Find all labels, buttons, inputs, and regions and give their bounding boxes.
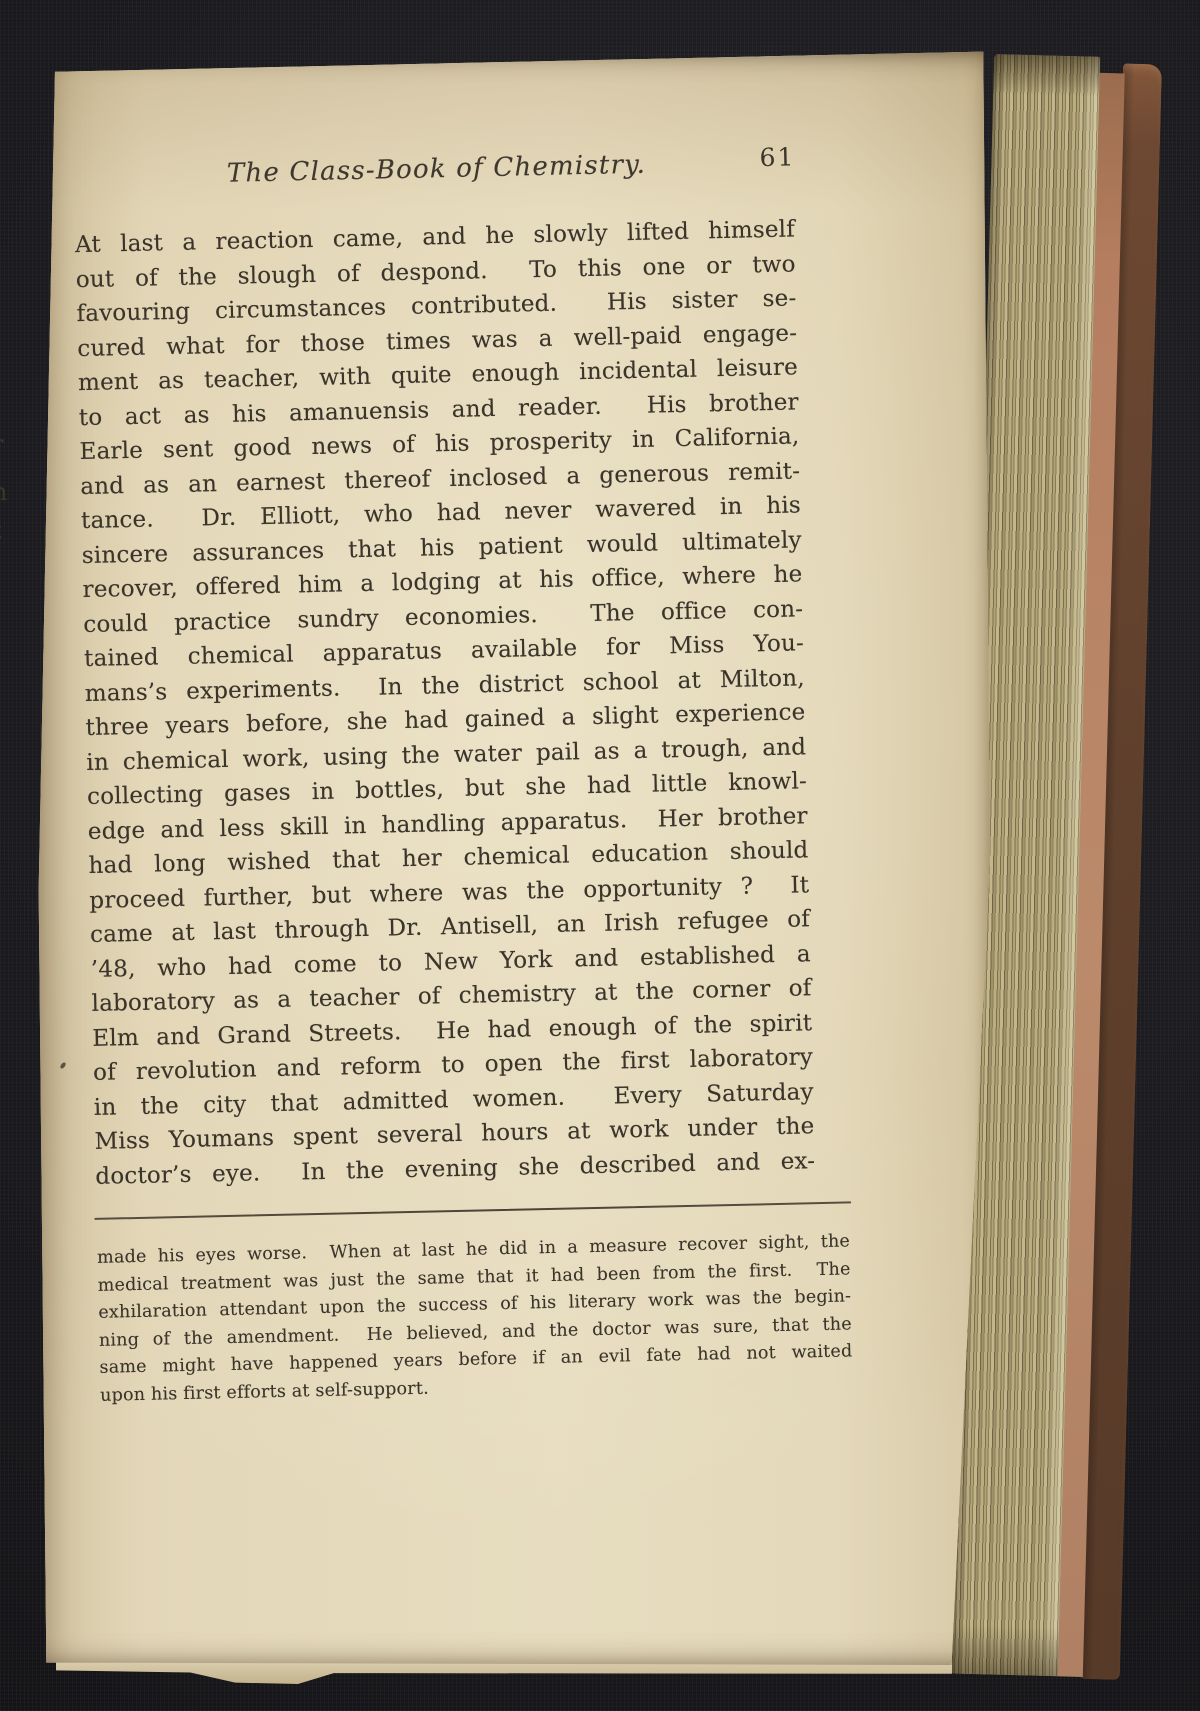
- body-text: At last a reaction came, and he slowly l…: [75, 212, 816, 1193]
- book-photo: rnt- The Class-Book of Chemistry. 61 At …: [0, 0, 1200, 1711]
- footnote-text: made his eyes worse. When at last he did…: [97, 1228, 853, 1410]
- margin-fragment: n: [0, 480, 7, 504]
- ink-speck: [59, 1062, 66, 1070]
- book-page: The Class-Book of Chemistry. 61 At last …: [30, 50, 990, 1665]
- margin-fragment: r: [0, 432, 3, 456]
- margin-fragment: t: [0, 519, 2, 543]
- running-title: The Class-Book of Chemistry.: [73, 146, 799, 192]
- page-header: The Class-Book of Chemistry. 61: [73, 146, 800, 202]
- footnote-rule: [94, 1201, 851, 1220]
- page-content: The Class-Book of Chemistry. 61 At last …: [71, 34, 861, 1610]
- page-number: 61: [759, 142, 795, 172]
